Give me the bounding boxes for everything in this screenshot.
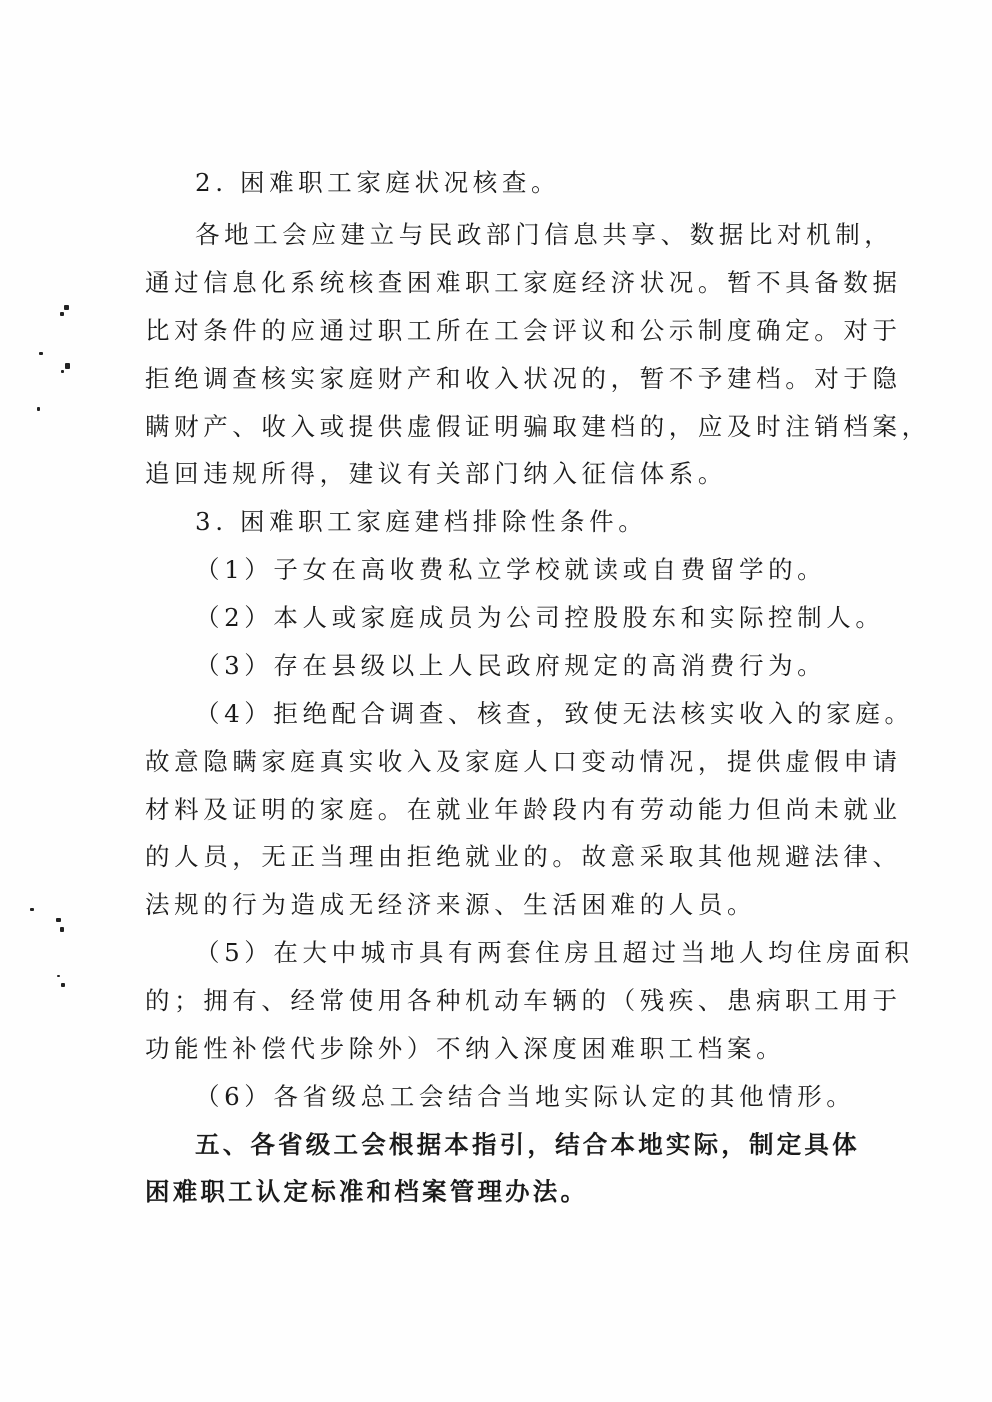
paragraph-line: 各地工会应建立与民政部门信息共享、数据比对机制， (195, 215, 893, 255)
paragraph-line: 追回违规所得，建议有关部门纳入征信体系。 (145, 454, 727, 494)
scan-speck (61, 983, 65, 987)
condition-4: （4）拒绝配合调查、核查，致使无法核实收入的家庭。 (195, 694, 914, 734)
paragraph-line: 比对条件的应通过职工所在工会评议和公示制度确定。对于 (145, 311, 902, 351)
section-heading-2: 2. 困难职工家庭状况核查。 (195, 163, 560, 203)
scan-speck (37, 407, 40, 411)
scan-speck (64, 305, 69, 310)
condition-1: （1）子女在高收费私立学校就读或自费留学的。 (195, 550, 826, 590)
condition-4-line: 法规的行为造成无经济来源、生活困难的人员。 (145, 885, 756, 925)
paragraph-line: 通过信息化系统核查困难职工家庭经济状况。暂不具备数据 (145, 263, 902, 303)
scan-speck (60, 927, 64, 932)
scan-speck (61, 370, 64, 373)
condition-5-line: 功能性补偿代步除外）不纳入深度困难职工档案。 (145, 1029, 785, 1069)
condition-3: （3）存在县级以上人民政府规定的高消费行为。 (195, 646, 826, 686)
condition-4-line: 的人员，无正当理由拒绝就业的。故意采取其他规避法律、 (145, 837, 902, 877)
scan-speck (30, 908, 34, 911)
document-page: 2. 困难职工家庭状况核查。 各地工会应建立与民政部门信息共享、数据比对机制， … (0, 0, 992, 1402)
scan-speck (56, 918, 61, 922)
section-five-line: 五、各省级工会根据本指引，结合本地实际，制定具体 (195, 1125, 860, 1165)
paragraph-line: 瞒财产、收入或提供虚假证明骗取建档的，应及时注销档案， (145, 407, 931, 447)
condition-2: （2）本人或家庭成员为公司控股股东和实际控制人。 (195, 598, 885, 638)
scan-speck (60, 312, 64, 316)
condition-5: （5）在大中城市具有两套住房且超过当地人均住房面积 (195, 933, 914, 973)
scan-speck (65, 363, 70, 369)
section-heading-3: 3. 困难职工家庭建档排除性条件。 (195, 502, 647, 542)
condition-6: （6）各省级总工会结合当地实际认定的其他情形。 (195, 1077, 855, 1117)
scan-speck (57, 975, 60, 977)
condition-5-line: 的；拥有、经常使用各种机动车辆的（残疾、患病职工用于 (145, 981, 902, 1021)
section-five-line: 困难职工认定标准和档案管理办法。 (145, 1172, 588, 1212)
condition-4-line: 故意隐瞒家庭真实收入及家庭人口变动情况，提供虚假申请 (145, 742, 902, 782)
paragraph-line: 拒绝调查核实家庭财产和收入状况的，暂不予建档。对于隐 (145, 359, 902, 399)
scan-speck (39, 352, 43, 355)
condition-4-line: 材料及证明的家庭。在就业年龄段内有劳动能力但尚未就业 (145, 790, 902, 830)
